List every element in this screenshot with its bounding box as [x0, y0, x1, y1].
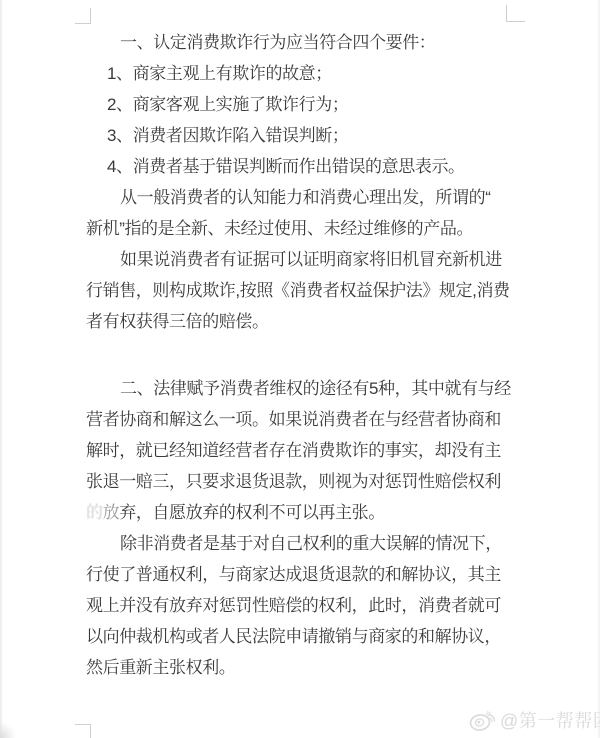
- text-line: 二、法律赋予消费者维权的途径有5种，其中就有与经: [86, 373, 526, 404]
- text-line: 观上并没有放弃对惩罚性赔偿的权利，此时，消费者就可: [86, 590, 526, 621]
- text-line: 张退一赔三，只要求退货退款，则视为对惩罚性赔偿权利: [86, 466, 526, 497]
- text-line: 2、商家客观上实施了欺诈行为；: [86, 89, 526, 120]
- text-line: 4、消费者基于错误判断而作出错误的意思表示。: [86, 151, 526, 182]
- text-line: 营者协商和解这么一项。如果说消费者在与经营者协商和: [86, 404, 526, 435]
- text-line: 3、消费者因欺诈陷入错误判断；: [86, 120, 526, 151]
- text-line: 行销售，则构成欺诈,按照《消费者权益保护法》规定,消费: [86, 275, 526, 306]
- watermark-text: @第一帮帮团: [500, 707, 600, 733]
- faded-character: 放: [103, 503, 120, 522]
- text-line: 新机”指的是全新、未经过使用、未经过维修的产品。: [86, 213, 526, 244]
- page-margin-mark-top-left: [75, 8, 91, 24]
- text-line: 以向仲裁机构或者人民法院申请撤销与商家的和解协议，: [86, 621, 526, 652]
- text-line: 除非消费者是基于对自己权利的重大误解的情况下，: [86, 528, 526, 559]
- text-line: 一、认定消费欺诈行为应当符合四个要件：: [86, 27, 526, 58]
- text-column: 一、认定消费欺诈行为应当符合四个要件：1、商家主观上有欺诈的故意；2、商家客观上…: [86, 27, 526, 683]
- photo-edge-left: [0, 0, 3, 738]
- text-line: 从一般消费者的认知能力和消费心理出发，所谓的“: [86, 182, 526, 213]
- text-line: 1、商家主观上有欺诈的故意；: [86, 58, 526, 89]
- photo-corner-smudge: [0, 722, 16, 738]
- text-line: 行使了普通权利，与商家达成退货退款的和解协议，其主: [86, 559, 526, 590]
- text-line: 者有权获得三倍的赔偿。: [86, 306, 526, 337]
- faded-character: 的: [86, 503, 103, 522]
- weibo-icon: [468, 707, 498, 733]
- page-margin-mark-top-right: [506, 5, 525, 22]
- text-line: 解时，就已经知道经营者存在消费欺诈的事实，却没有主: [86, 435, 526, 466]
- page-margin-mark-bottom-left: [75, 724, 91, 738]
- text-line: 然后重新主张权利。: [86, 652, 526, 683]
- watermark: @第一帮帮团: [468, 706, 600, 734]
- text-line: 的放弃，自愿放弃的权利不可以再主张。: [86, 497, 526, 528]
- text-line: 如果说消费者有证据可以证明商家将旧机冒充新机进: [86, 244, 526, 275]
